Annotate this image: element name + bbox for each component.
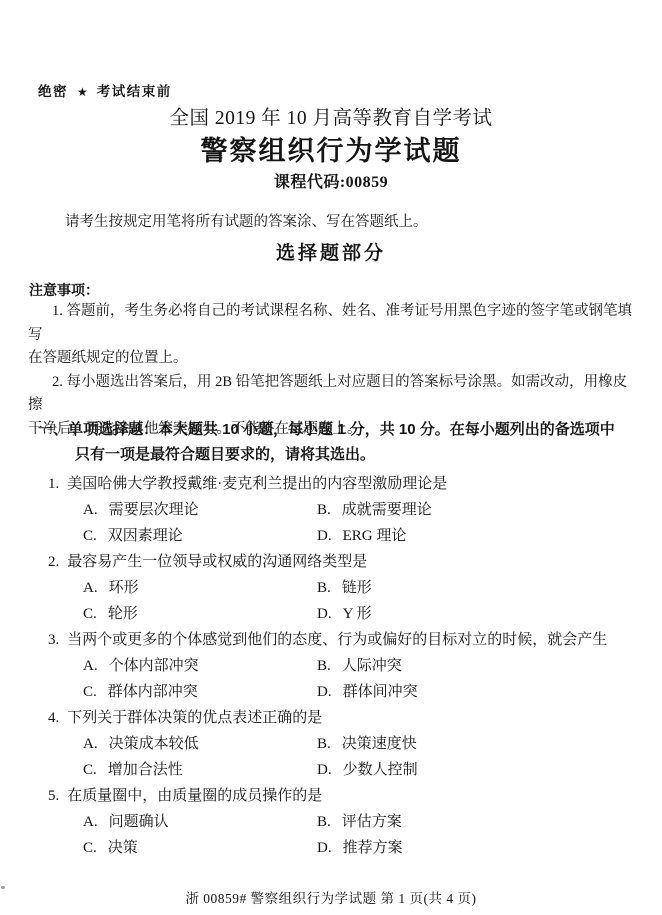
question-text: 美国哈佛大学教授戴维·麦克利兰提出的内容型激励理论是 xyxy=(67,476,447,492)
security-classification-line: 绝密★考试结束前 xyxy=(38,80,172,100)
option-text: 问题确认 xyxy=(109,809,169,835)
question-5-option-a: A.问题确认 xyxy=(83,809,317,835)
question-2-options-ab: A.环形 B.链形 xyxy=(0,575,662,601)
option-text: 需要层次理论 xyxy=(109,497,199,523)
option-text: 少数人控制 xyxy=(343,757,418,783)
question-number: 4. xyxy=(48,705,59,731)
option-text: 成就需要理论 xyxy=(342,497,432,523)
option-text: 决策速度快 xyxy=(342,731,417,757)
question-2-option-b: B.链形 xyxy=(317,575,662,601)
option-label: A. xyxy=(83,809,98,835)
option-text: 增加合法性 xyxy=(108,757,183,783)
question-1-stem: 1.美国哈佛大学教授戴维·麦克利兰提出的内容型激励理论是 xyxy=(0,471,662,497)
timing-label: 考试结束前 xyxy=(97,84,172,99)
question-5-option-b: B.评估方案 xyxy=(317,809,662,835)
option-label: C. xyxy=(83,523,97,549)
option-text: 群体间冲突 xyxy=(343,679,418,705)
question-3-options-cd: C.群体内部冲突 D.群体间冲突 xyxy=(0,679,662,705)
question-2-option-d: D.Y 形 xyxy=(317,601,662,627)
option-label: C. xyxy=(83,601,97,627)
question-5-option-d: D.推荐方案 xyxy=(317,835,662,861)
option-text: 链形 xyxy=(342,575,372,601)
question-4-options-ab: A.决策成本较低 B.决策速度快 xyxy=(0,731,662,757)
option-text: Y 形 xyxy=(343,601,372,627)
security-label: 绝密 xyxy=(38,84,68,99)
question-4-option-d: D.少数人控制 xyxy=(317,757,662,783)
exam-session-title: 全国 2019 年 10 月高等教育自学考试 xyxy=(0,102,662,130)
exam-paper-title: 警察组织行为学试题 xyxy=(0,129,662,168)
option-text: 决策成本较低 xyxy=(109,731,199,757)
question-5-options-cd: C.决策 D.推荐方案 xyxy=(0,835,662,861)
question-1-options-cd: C.双因素理论 D.ERG 理论 xyxy=(0,523,662,549)
notices-heading: 注意事项： xyxy=(29,280,99,300)
question-number: 1. xyxy=(48,471,59,497)
option-text: 环形 xyxy=(109,575,139,601)
scan-speck xyxy=(1,886,5,889)
section-title: 选择题部分 xyxy=(0,238,662,265)
option-text: 人际冲突 xyxy=(342,653,402,679)
question-number: 2. xyxy=(48,549,59,575)
option-label: D. xyxy=(317,679,332,705)
question-1-option-a: A.需要层次理论 xyxy=(83,497,317,523)
question-5-stem: 5.在质量圈中，由质量圈的成员操作的是 xyxy=(0,783,662,809)
question-2-options-cd: C.轮形 D.Y 形 xyxy=(0,601,662,627)
option-text: ERG 理论 xyxy=(343,523,407,549)
question-text: 最容易产生一位领导或权威的沟通网络类型是 xyxy=(67,554,367,570)
question-text: 下列关于群体决策的优点表述正确的是 xyxy=(67,710,322,726)
question-3-stem: 3.当两个或更多的个体感觉到他们的态度、行为或偏好的目标对立的时候，就会产生 xyxy=(0,627,662,653)
question-text: 当两个或更多的个体感觉到他们的态度、行为或偏好的目标对立的时候，就会产生 xyxy=(67,632,607,648)
question-list: 1.美国哈佛大学教授戴维·麦克利兰提出的内容型激励理论是 A.需要层次理论 B.… xyxy=(0,471,662,861)
option-label: B. xyxy=(317,497,331,523)
option-label: A. xyxy=(83,575,98,601)
option-text: 双因素理论 xyxy=(108,523,183,549)
question-3-option-b: B.人际冲突 xyxy=(317,653,662,679)
question-4-option-c: C.增加合法性 xyxy=(83,757,317,783)
notice-2-line-1: 2. 每小题选出答案后，用 2B 铅笔把答题纸上对应题目的答案标号涂黑。如需改动… xyxy=(28,371,636,418)
question-1-option-b: B.成就需要理论 xyxy=(317,497,662,523)
option-label: B. xyxy=(317,653,331,679)
question-4-option-b: B.决策速度快 xyxy=(317,731,662,757)
option-label: D. xyxy=(317,835,332,861)
part-one-heading-line-2: 只有一项是最符合题目要求的，请将其选出。 xyxy=(38,442,636,467)
option-label: B. xyxy=(317,731,331,757)
star-icon: ★ xyxy=(77,85,88,99)
question-2-option-a: A.环形 xyxy=(83,575,317,601)
page-footer: 浙 00859# 警察组织行为学试题 第 1 页(共 4 页) xyxy=(0,887,662,907)
exam-paper-page: 绝密★考试结束前 全国 2019 年 10 月高等教育自学考试 警察组织行为学试… xyxy=(0,0,662,915)
course-code: 课程代码:00859 xyxy=(0,169,662,192)
option-label: C. xyxy=(83,757,97,783)
question-3-option-c: C.群体内部冲突 xyxy=(83,679,317,705)
question-4-options-cd: C.增加合法性 D.少数人控制 xyxy=(0,757,662,783)
option-text: 决策 xyxy=(108,835,138,861)
question-2-stem: 2.最容易产生一位领导或权威的沟通网络类型是 xyxy=(0,549,662,575)
question-5-option-c: C.决策 xyxy=(83,835,317,861)
option-text: 推荐方案 xyxy=(343,835,403,861)
option-label: D. xyxy=(317,601,332,627)
question-5-options-ab: A.问题确认 B.评估方案 xyxy=(0,809,662,835)
part-one-heading: 一、单项选择题：本大题共 10 小题，每小题 1 分，共 10 分。在每小题列出… xyxy=(38,417,636,467)
option-label: A. xyxy=(83,653,98,679)
question-1-option-c: C.双因素理论 xyxy=(83,523,317,549)
candidate-instruction: 请考生按规定用笔将所有试题的答案涂、写在答题纸上。 xyxy=(65,210,428,231)
option-text: 群体内部冲突 xyxy=(108,679,198,705)
option-label: A. xyxy=(83,731,98,757)
option-text: 个体内部冲突 xyxy=(109,653,199,679)
option-label: D. xyxy=(317,757,332,783)
question-1-option-d: D.ERG 理论 xyxy=(317,523,662,549)
question-3-option-d: D.群体间冲突 xyxy=(317,679,662,705)
question-text: 在质量圈中，由质量圈的成员操作的是 xyxy=(67,788,322,804)
question-4-stem: 4.下列关于群体决策的优点表述正确的是 xyxy=(0,705,662,731)
notice-1-line-1: 1. 答题前，考生务必将自己的考试课程名称、姓名、准考证号用黑色字迹的签字笔或钢… xyxy=(28,300,636,347)
option-label: C. xyxy=(83,835,97,861)
option-label: D. xyxy=(317,523,332,549)
question-number: 3. xyxy=(48,627,59,653)
question-3-option-a: A.个体内部冲突 xyxy=(83,653,317,679)
question-number: 5. xyxy=(48,783,59,809)
part-one-heading-line-1: 一、单项选择题：本大题共 10 小题，每小题 1 分，共 10 分。在每小题列出… xyxy=(38,417,636,442)
question-1-options-ab: A.需要层次理论 B.成就需要理论 xyxy=(0,497,662,523)
notice-1-line-2: 在答题纸规定的位置上。 xyxy=(28,347,636,371)
option-label: C. xyxy=(83,679,97,705)
option-label: A. xyxy=(83,497,98,523)
option-text: 评估方案 xyxy=(342,809,402,835)
option-label: B. xyxy=(317,575,331,601)
question-2-option-c: C.轮形 xyxy=(83,601,317,627)
question-4-option-a: A.决策成本较低 xyxy=(83,731,317,757)
option-label: B. xyxy=(317,809,331,835)
option-text: 轮形 xyxy=(108,601,138,627)
question-3-options-ab: A.个体内部冲突 B.人际冲突 xyxy=(0,653,662,679)
